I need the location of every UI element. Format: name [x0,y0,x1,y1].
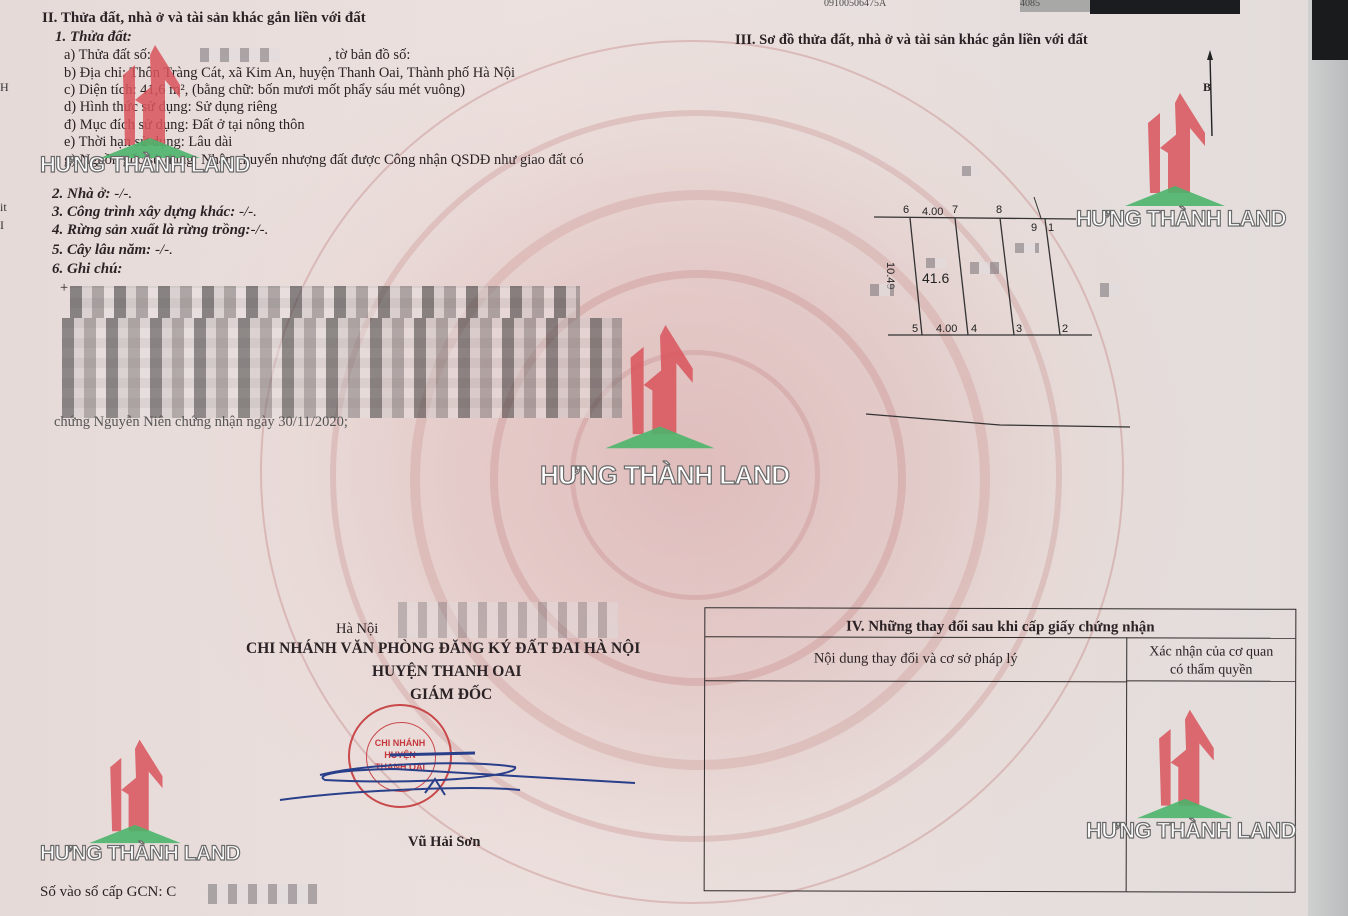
redacted-area [1100,283,1120,297]
point-label: 9 [1031,222,1037,234]
note-bullet: + [60,280,68,297]
bottom-width-label: 4.00 [936,323,957,335]
brand-watermark-text: HƯNG THÀNH LAND [40,152,250,178]
section-ii-sub5: 5. Cây lâu năm: -/-. [52,242,173,259]
field-value: -/-. [114,186,132,202]
header-line: Xác nhận của cơ quan [1127,643,1295,661]
point-label: 1 [1048,222,1054,234]
place-label: Hà Nội [336,621,378,638]
redacted-note [62,318,622,418]
field-label: , tờ bản đồ số: [328,47,410,63]
redacted-area [970,262,1000,274]
section-ii-sub4: 4. Rừng sản xuất là rừng trồng:-/-. [52,222,268,239]
section-ii-sub6: 6. Ghi chú: [52,261,122,278]
field-value: Đất ở tại nông thôn [192,117,304,133]
point-label: 2 [1062,323,1068,335]
redacted-area [870,284,894,296]
area-label: 41.6 [922,270,949,286]
point-label: 4 [971,323,977,335]
section-ii-sub2: 2. Nhà ở: -/-. [52,186,132,203]
signer-name: Vũ Hải Sơn [408,834,481,851]
background-object [1090,0,1240,14]
field-value: -/-. [155,242,173,258]
brand-watermark-text: HƯNG THÀNH LAND [1086,818,1296,844]
field-label: 4. Rừng sản xuất là rừng trồng: [52,222,250,238]
issuing-org-line2: HUYỆN THANH OAI [372,663,522,681]
field-label: Số vào sổ cấp GCN: [40,884,163,900]
stray-line [860,410,1140,435]
point-label: 5 [912,323,918,335]
redacted-area [962,166,978,176]
field-value: -/-. [239,204,257,220]
field-label: 2. Nhà ở: [52,186,110,202]
background-object [1312,0,1348,60]
serial-number: 09100506475A [824,0,886,9]
point-label: 8 [996,204,1002,216]
section-iii-title: III. Sơ đồ thửa đất, nhà ở và tài sản kh… [735,32,1088,49]
brand-watermark-text: HƯNG THÀNH LAND [40,842,240,866]
brand-watermark-text: HƯNG THÀNH LAND [1076,206,1286,232]
field-label: 3. Công trình xây dựng khác: [52,204,235,220]
signer-title: GIÁM ĐỐC [410,686,492,704]
top-strip: 09100506475A 4085 [700,0,1020,12]
issuing-org-line1: CHI NHÁNH VĂN PHÒNG ĐĂNG KÝ ĐẤT ĐAI HÀ N… [246,640,640,658]
registry-number: Số vào sổ cấp GCN: C [40,884,176,901]
section-ii-title: II. Thửa đất, nhà ở và tài sản khác gắn … [42,10,366,27]
field-value: C [166,884,176,900]
field-value: Sử dụng riêng [195,99,277,115]
underlying-page-text: I [0,218,4,233]
redacted-area [926,258,946,268]
field-value: -/-. [250,222,268,238]
top-width-label: 4.00 [922,206,943,218]
underlying-page-text: it [0,200,7,215]
redacted-area [1015,243,1039,253]
redacted-date [398,602,618,638]
note-last-line: chứng Nguyễn Niên chứng nhận ngày 30/11/… [54,414,348,431]
underlying-page-text: H [0,80,9,95]
section-ii-sub3: 3. Công trình xây dựng khác: -/-. [52,204,257,221]
field-label: 5. Cây lâu năm: [52,242,151,258]
point-label: 3 [1016,323,1022,335]
brand-logo-icon [1120,88,1230,208]
header-line: có thẩm quyền [1127,661,1295,679]
signature [275,745,645,805]
section-iv-title: IV. Những thay đổi sau khi cấp giấy chứn… [705,608,1295,639]
brand-logo-icon [1130,705,1240,820]
brand-logo-icon [80,735,190,845]
field-value: Nhận chuyển nhượng đất được Công nhận QS… [201,152,583,168]
column-header-change-content: Nội dung thay đổi và cơ sở pháp lý [705,636,1126,682]
redacted-registry [208,884,318,904]
redacted-note [70,286,580,318]
brand-logo-icon [95,40,205,160]
paper-edge [1308,0,1348,916]
column-header-authority: Xác nhận của cơ quan có thẩm quyền [1126,637,1295,681]
point-label: 6 [903,204,909,216]
brand-logo-icon [600,315,720,455]
strip-number: 4085 [1020,0,1040,9]
brand-watermark-text: HƯNG THÀNH LAND [540,460,790,491]
redacted-area [200,48,280,62]
column-divider [1126,681,1128,891]
point-label: 7 [952,204,958,216]
